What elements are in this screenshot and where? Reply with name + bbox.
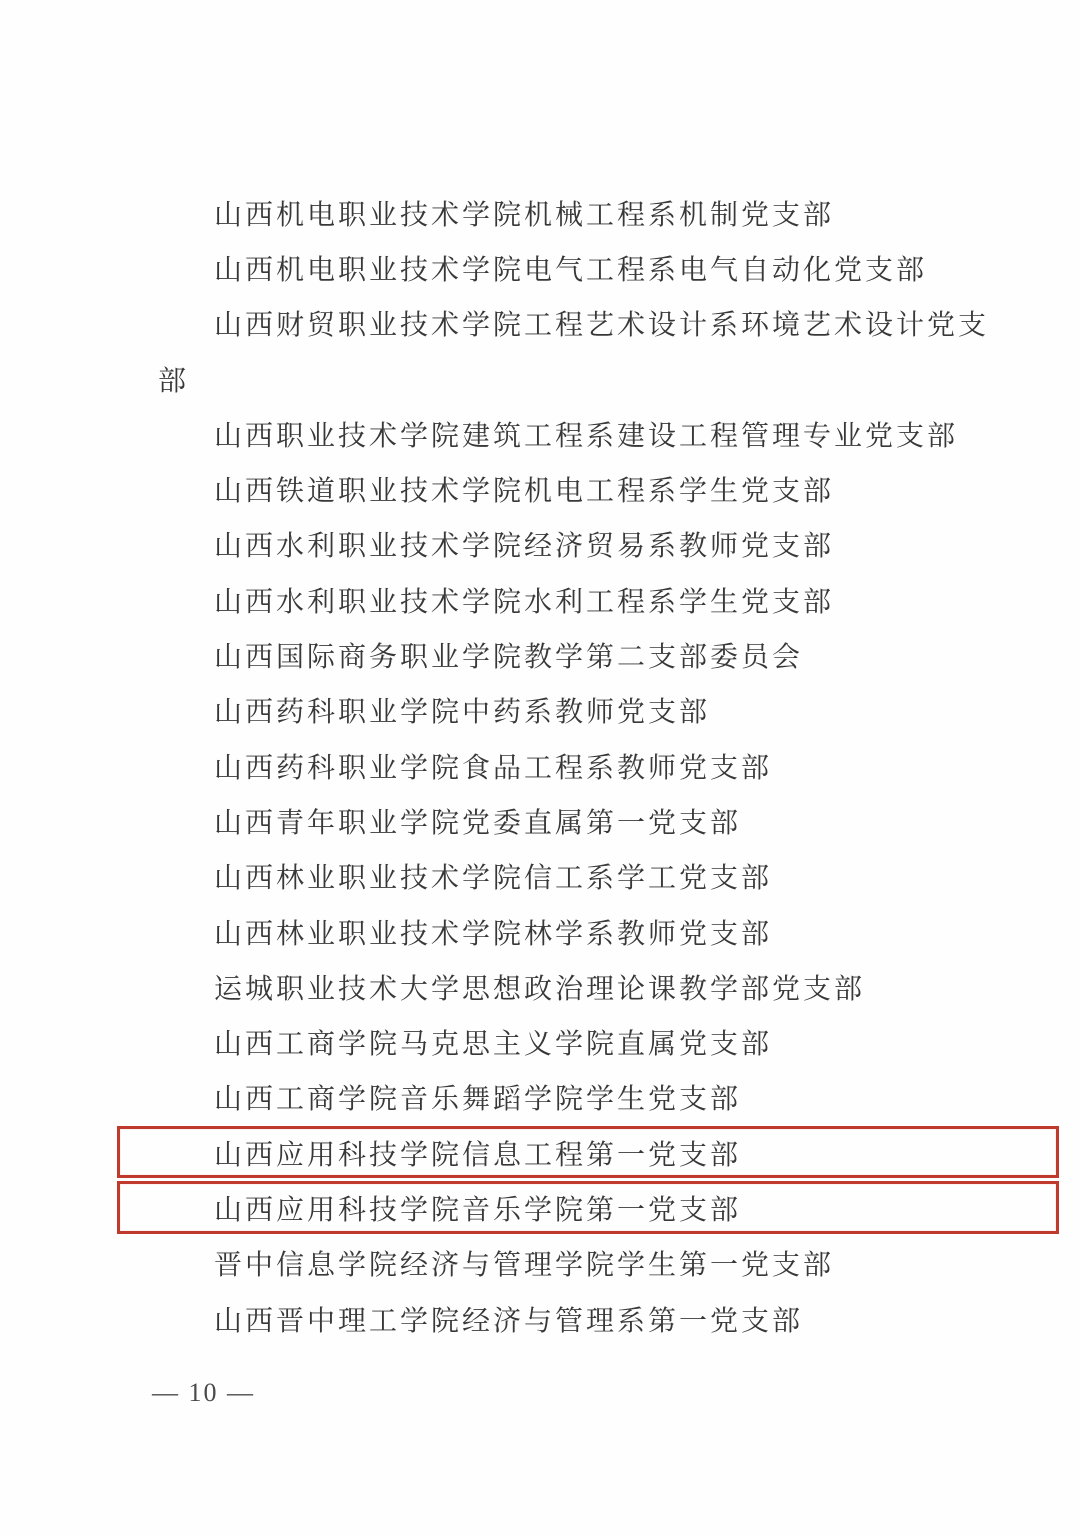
list-item: 山西水利职业技术学院经济贸易系教师党支部: [0, 517, 1080, 572]
list-item: 山西机电职业技术学院机械工程系机制党支部: [0, 185, 1080, 240]
list-item: 山西晋中理工学院经济与管理系第一党支部: [0, 1291, 1080, 1346]
page-number: — 10 —: [152, 1378, 255, 1408]
list-item: 山西职业技术学院建筑工程系建设工程管理专业党支部: [0, 406, 1080, 461]
list-item: 山西林业职业技术学院林学系教师党支部: [0, 904, 1080, 959]
list-item: 山西国际商务职业学院教学第二支部委员会: [0, 627, 1080, 682]
list-item-highlighted: 山西应用科技学院音乐学院第一党支部: [0, 1180, 1080, 1235]
list-item: 山西财贸职业技术学院工程艺术设计系环境艺术设计党支: [0, 296, 1080, 351]
list-item: 山西青年职业学院党委直属第一党支部: [0, 793, 1080, 848]
list-item: 山西机电职业技术学院电气工程系电气自动化党支部: [0, 240, 1080, 295]
list-item: 山西药科职业学院食品工程系教师党支部: [0, 738, 1080, 793]
list-item: 山西药科职业学院中药系教师党支部: [0, 683, 1080, 738]
list-item: 山西铁道职业技术学院机电工程系学生党支部: [0, 461, 1080, 516]
list-item: 运城职业技术大学思想政治理论课教学部党支部: [0, 959, 1080, 1014]
list-item: 山西水利职业技术学院水利工程系学生党支部: [0, 572, 1080, 627]
list-item: 山西林业职业技术学院信工系学工党支部: [0, 849, 1080, 904]
list-item: 晋中信息学院经济与管理学院学生第一党支部: [0, 1236, 1080, 1291]
list-item-continuation: 部: [0, 351, 1080, 406]
document-page: 山西机电职业技术学院机械工程系机制党支部 山西机电职业技术学院电气工程系电气自动…: [0, 185, 1080, 1346]
list-item: 山西工商学院马克思主义学院直属党支部: [0, 1014, 1080, 1069]
list-item: 山西工商学院音乐舞蹈学院学生党支部: [0, 1070, 1080, 1125]
list-item-highlighted: 山西应用科技学院信息工程第一党支部: [0, 1125, 1080, 1180]
